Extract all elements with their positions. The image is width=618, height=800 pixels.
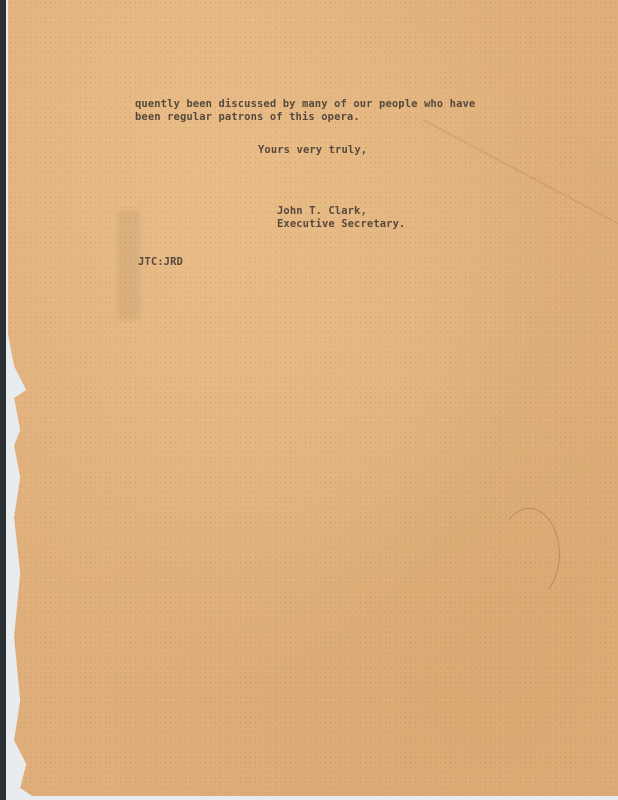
scanner-edge [0,0,6,800]
reference-initials: JTC:JRD [138,256,183,269]
signature-name: John T. Clark, [277,205,367,218]
body-text-line: been regular patrons of this opera. [135,111,360,124]
letter-closing: Yours very truly, [258,144,367,157]
body-text-line: quently been discussed by many of our pe… [135,98,475,111]
signature-title: Executive Secretary. [277,218,405,231]
ink-smudge [118,210,140,320]
stain-mark [498,508,560,600]
